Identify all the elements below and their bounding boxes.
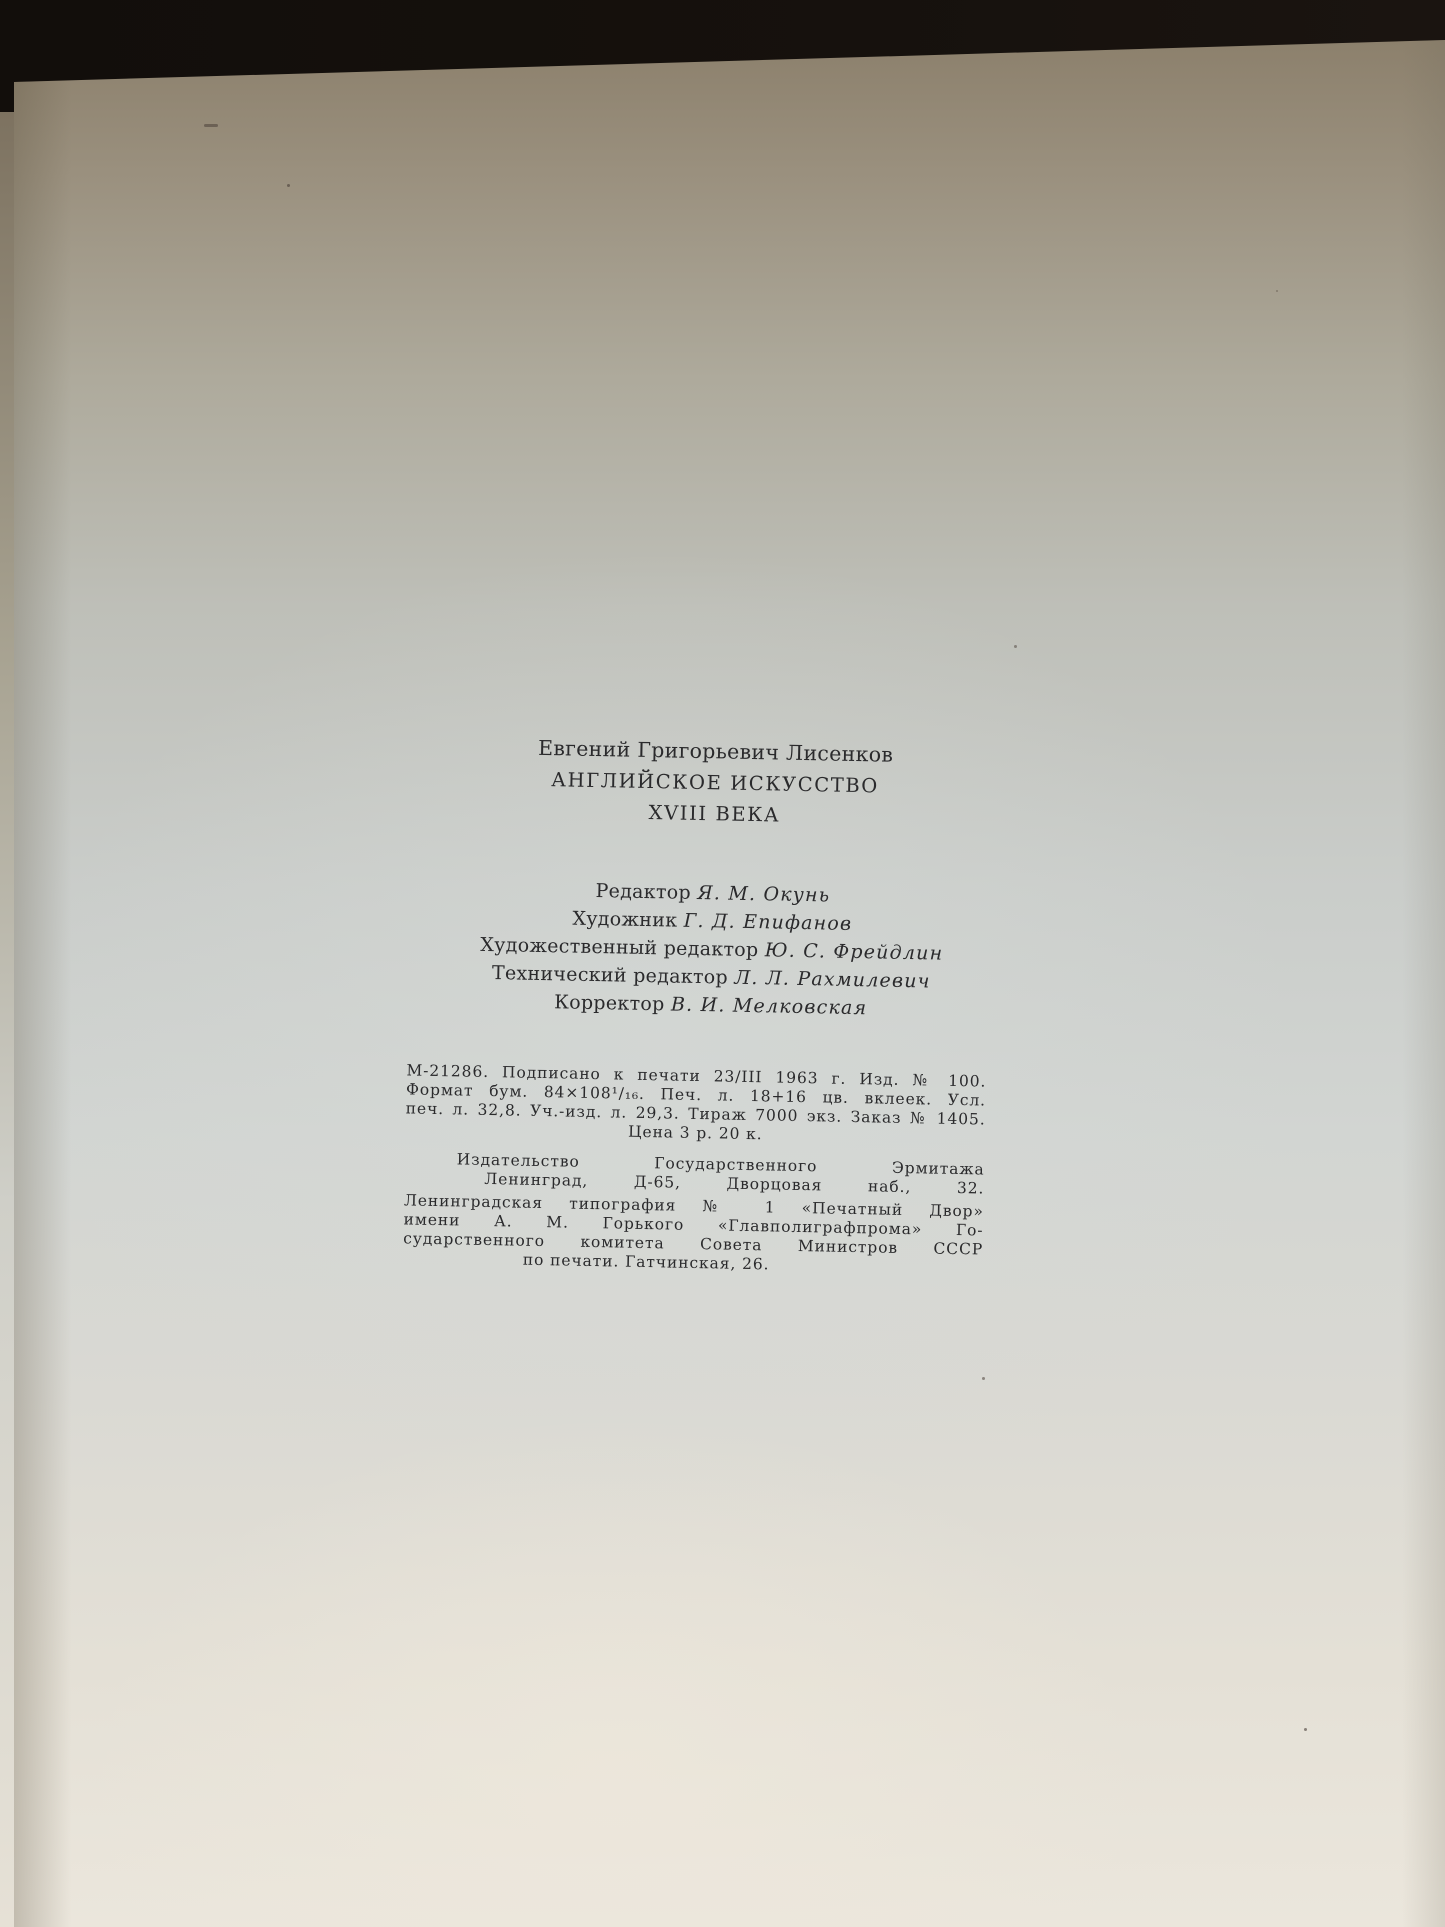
paper-speck — [1276, 290, 1278, 292]
publisher-block: Издательство Государственного Эрмитажа Л… — [404, 1149, 985, 1198]
credit-role: Художник — [572, 908, 677, 932]
credit-role: Корректор — [554, 991, 665, 1015]
paper-speck — [204, 124, 218, 127]
credit-person: Л. Л. Рахмилевич — [734, 967, 931, 993]
credit-person: Ю. С. Фрейдлин — [765, 939, 944, 964]
paper-speck — [1304, 1728, 1307, 1731]
printer-block: Ленинградская типография № 1 «Печатный Д… — [403, 1191, 984, 1278]
credit-role: Технический редактор — [492, 962, 728, 989]
credit-role: Редактор — [595, 880, 691, 904]
credits-list: Редактор Я. М. Окунь Художник Г. Д. Епиф… — [396, 873, 1029, 1025]
page-edge-strip — [0, 112, 14, 1927]
credit-person: Я. М. Окунь — [697, 882, 830, 907]
credit-person: В. И. Мелковская — [671, 993, 868, 1019]
title-block: Евгений Григорьевич Лисенков АНГЛИЙСКОЕ … — [399, 729, 1031, 835]
colophon-block: М-21286. Подписано к печати 23/III 1963 … — [403, 1061, 987, 1278]
paper-speck — [1014, 645, 1017, 648]
paper-speck — [287, 184, 290, 187]
credit-role: Художественный редактор — [480, 934, 759, 961]
imprint-block: Евгений Григорьевич Лисенков АНГЛИЙСКОЕ … — [391, 729, 1031, 1279]
credit-person: Г. Д. Епифанов — [684, 910, 853, 935]
paper-speck — [982, 1377, 985, 1380]
